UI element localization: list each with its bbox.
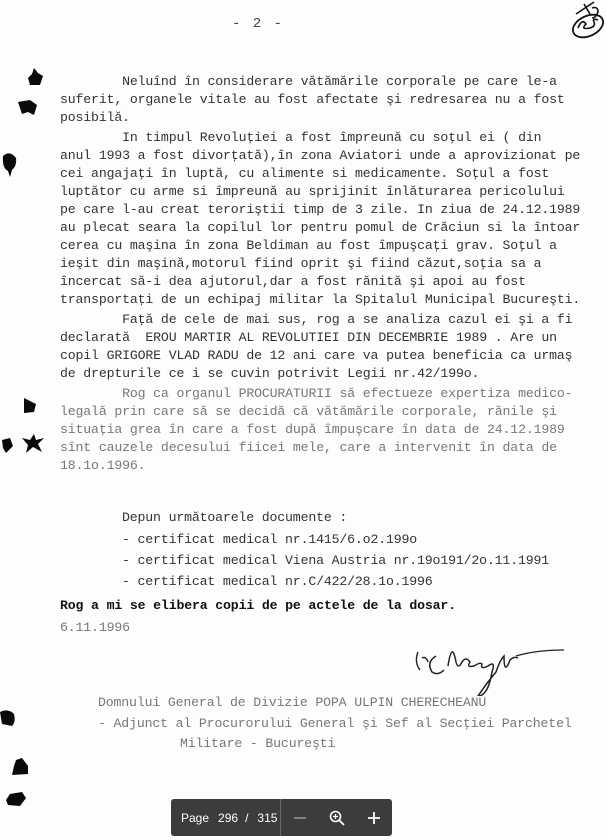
- handwritten-page-annotation: [556, 0, 606, 42]
- margin-blot: [18, 100, 38, 116]
- page-separator: /: [245, 811, 248, 825]
- body-line: au plecat seara la copilul lor pentru po…: [60, 220, 580, 236]
- page-label: Page: [181, 811, 209, 825]
- zoom-in-button[interactable]: [355, 799, 392, 836]
- margin-blot: [22, 398, 38, 414]
- body-line: pe care l-au creat teroriştii timp de 3 …: [60, 202, 580, 218]
- total-pages: 315: [257, 811, 277, 825]
- document-list-item: - certificat medical nr.C/422/28.1o.1996: [122, 574, 433, 590]
- margin-blot: [22, 434, 44, 454]
- body-line: încercat să-i dea ajutorul,dar a fost ră…: [60, 274, 526, 290]
- body-line: declarată EROU MARTIR AL REVOLUTIEI DIN …: [60, 330, 557, 346]
- plus-icon: [367, 811, 381, 825]
- document-list-item: - certificat medical nr.1415/6.o2.199o: [122, 532, 417, 548]
- body-line: Faţă de cele de mai sus, rog a se analiz…: [60, 312, 572, 328]
- minus-icon: [293, 811, 307, 825]
- addressee-line: Militare - Bucureşti: [180, 736, 335, 752]
- body-line: Rog ca organul PROCURATURII să efectueze…: [60, 386, 572, 402]
- margin-blot: [0, 152, 18, 178]
- page-indicator: Page 296 / 315: [171, 799, 280, 836]
- handwritten-signature: [412, 636, 572, 696]
- documents-intro: Depun următoarele documente :: [122, 510, 347, 526]
- fit-zoom-button[interactable]: [318, 799, 355, 836]
- pdf-viewer-toolbar: Page 296 / 315: [171, 799, 392, 836]
- copies-request: Rog a mi se elibera copii de pe actele d…: [60, 598, 456, 614]
- body-line: Neluînd în considerare vătămările corpor…: [60, 74, 557, 90]
- page-marker: - 2 -: [232, 16, 284, 32]
- body-line: cei angajaţi în luptă, cu alimente si me…: [60, 166, 549, 182]
- body-line: sînt cauzele decesului fiicei mele, care…: [60, 440, 557, 456]
- body-line: suferit, organele vitale au fost afectat…: [60, 92, 565, 108]
- body-line: anul 1993 a fost divorţată),în zona Avia…: [60, 148, 580, 164]
- body-line: legală prin care să se decidă că vătămăr…: [60, 404, 557, 420]
- addressee-line: - Adjunct al Procurorului General şi Sef…: [98, 716, 572, 732]
- body-line: transportaţi de un echipaj militar la Sp…: [60, 292, 580, 308]
- margin-blot: [0, 438, 14, 454]
- body-line: copil GRIGORE VLAD RADU de 12 ani care v…: [60, 348, 572, 364]
- zoom-out-button[interactable]: [281, 799, 318, 836]
- margin-blot: [0, 710, 16, 728]
- body-line: situaţia grea în care a fost după împuşc…: [60, 422, 565, 438]
- body-line: posibilă.: [60, 110, 130, 126]
- current-page-input[interactable]: 296: [218, 811, 238, 825]
- body-line: luptător cu arme si împreună au sprijini…: [60, 184, 565, 200]
- body-line: cerea cu maşina în zona Beldiman au fost…: [60, 238, 557, 254]
- body-line: In timpul Revoluţiei a fost împreună cu …: [60, 130, 541, 146]
- body-line: 18.1o.1996.: [60, 458, 145, 474]
- margin-blot: [10, 758, 30, 778]
- addressee-line: Domnului General de Divizie POPA ULPIN C…: [98, 695, 486, 711]
- document-list-item: - certificat medical Viena Austria nr.19…: [122, 553, 549, 569]
- magnifier-zoom-icon: [329, 810, 345, 826]
- letter-date: 6.11.1996: [60, 620, 130, 636]
- body-line: ieşit din maşină,motorul fiind oprit şi …: [60, 256, 541, 272]
- body-line: de drepturile ce i se cuvin potrivit Leg…: [60, 366, 479, 382]
- document-page: - 2 - Neluînd în considerare vătămările …: [0, 0, 606, 840]
- margin-blot: [26, 68, 44, 86]
- margin-blot: [6, 792, 28, 808]
